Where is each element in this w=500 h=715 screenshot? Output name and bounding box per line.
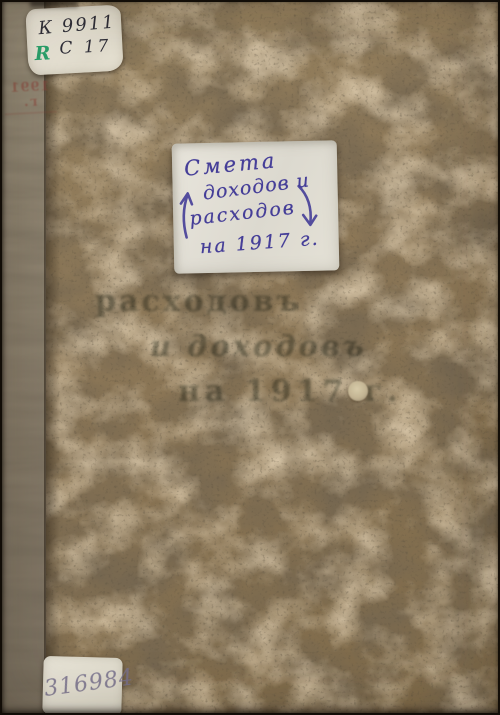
- call-number-cutter: С 17: [59, 36, 112, 59]
- book-cover-photo: расходовъ и доходовъ на 1917 г. К 9911 С…: [0, 0, 500, 715]
- accession-number: 316984: [43, 665, 135, 702]
- ghost-line-2: и доходовъ: [150, 329, 367, 363]
- accession-number-label: 316984: [42, 656, 122, 715]
- handwritten-title-label: Смета доходов и расходов на 1917 г.: [172, 140, 340, 273]
- printed-ghost-title: расходовъ и доходовъ на 1917 г.: [0, 0, 500, 715]
- call-number-class: К 9911: [37, 12, 116, 40]
- call-number-label: К 9911 С 17 R: [25, 5, 123, 76]
- swap-down-arrow-icon: [295, 183, 320, 227]
- ghost-line-1: расходовъ: [95, 284, 302, 319]
- punch-hole: [348, 381, 368, 401]
- green-margin-letter: R: [34, 42, 51, 65]
- spine-year-stamp: 1991 г.: [3, 79, 57, 116]
- title-line-4: на 1917 г.: [199, 228, 320, 259]
- ghost-line-3: на 1917 г.: [178, 374, 403, 409]
